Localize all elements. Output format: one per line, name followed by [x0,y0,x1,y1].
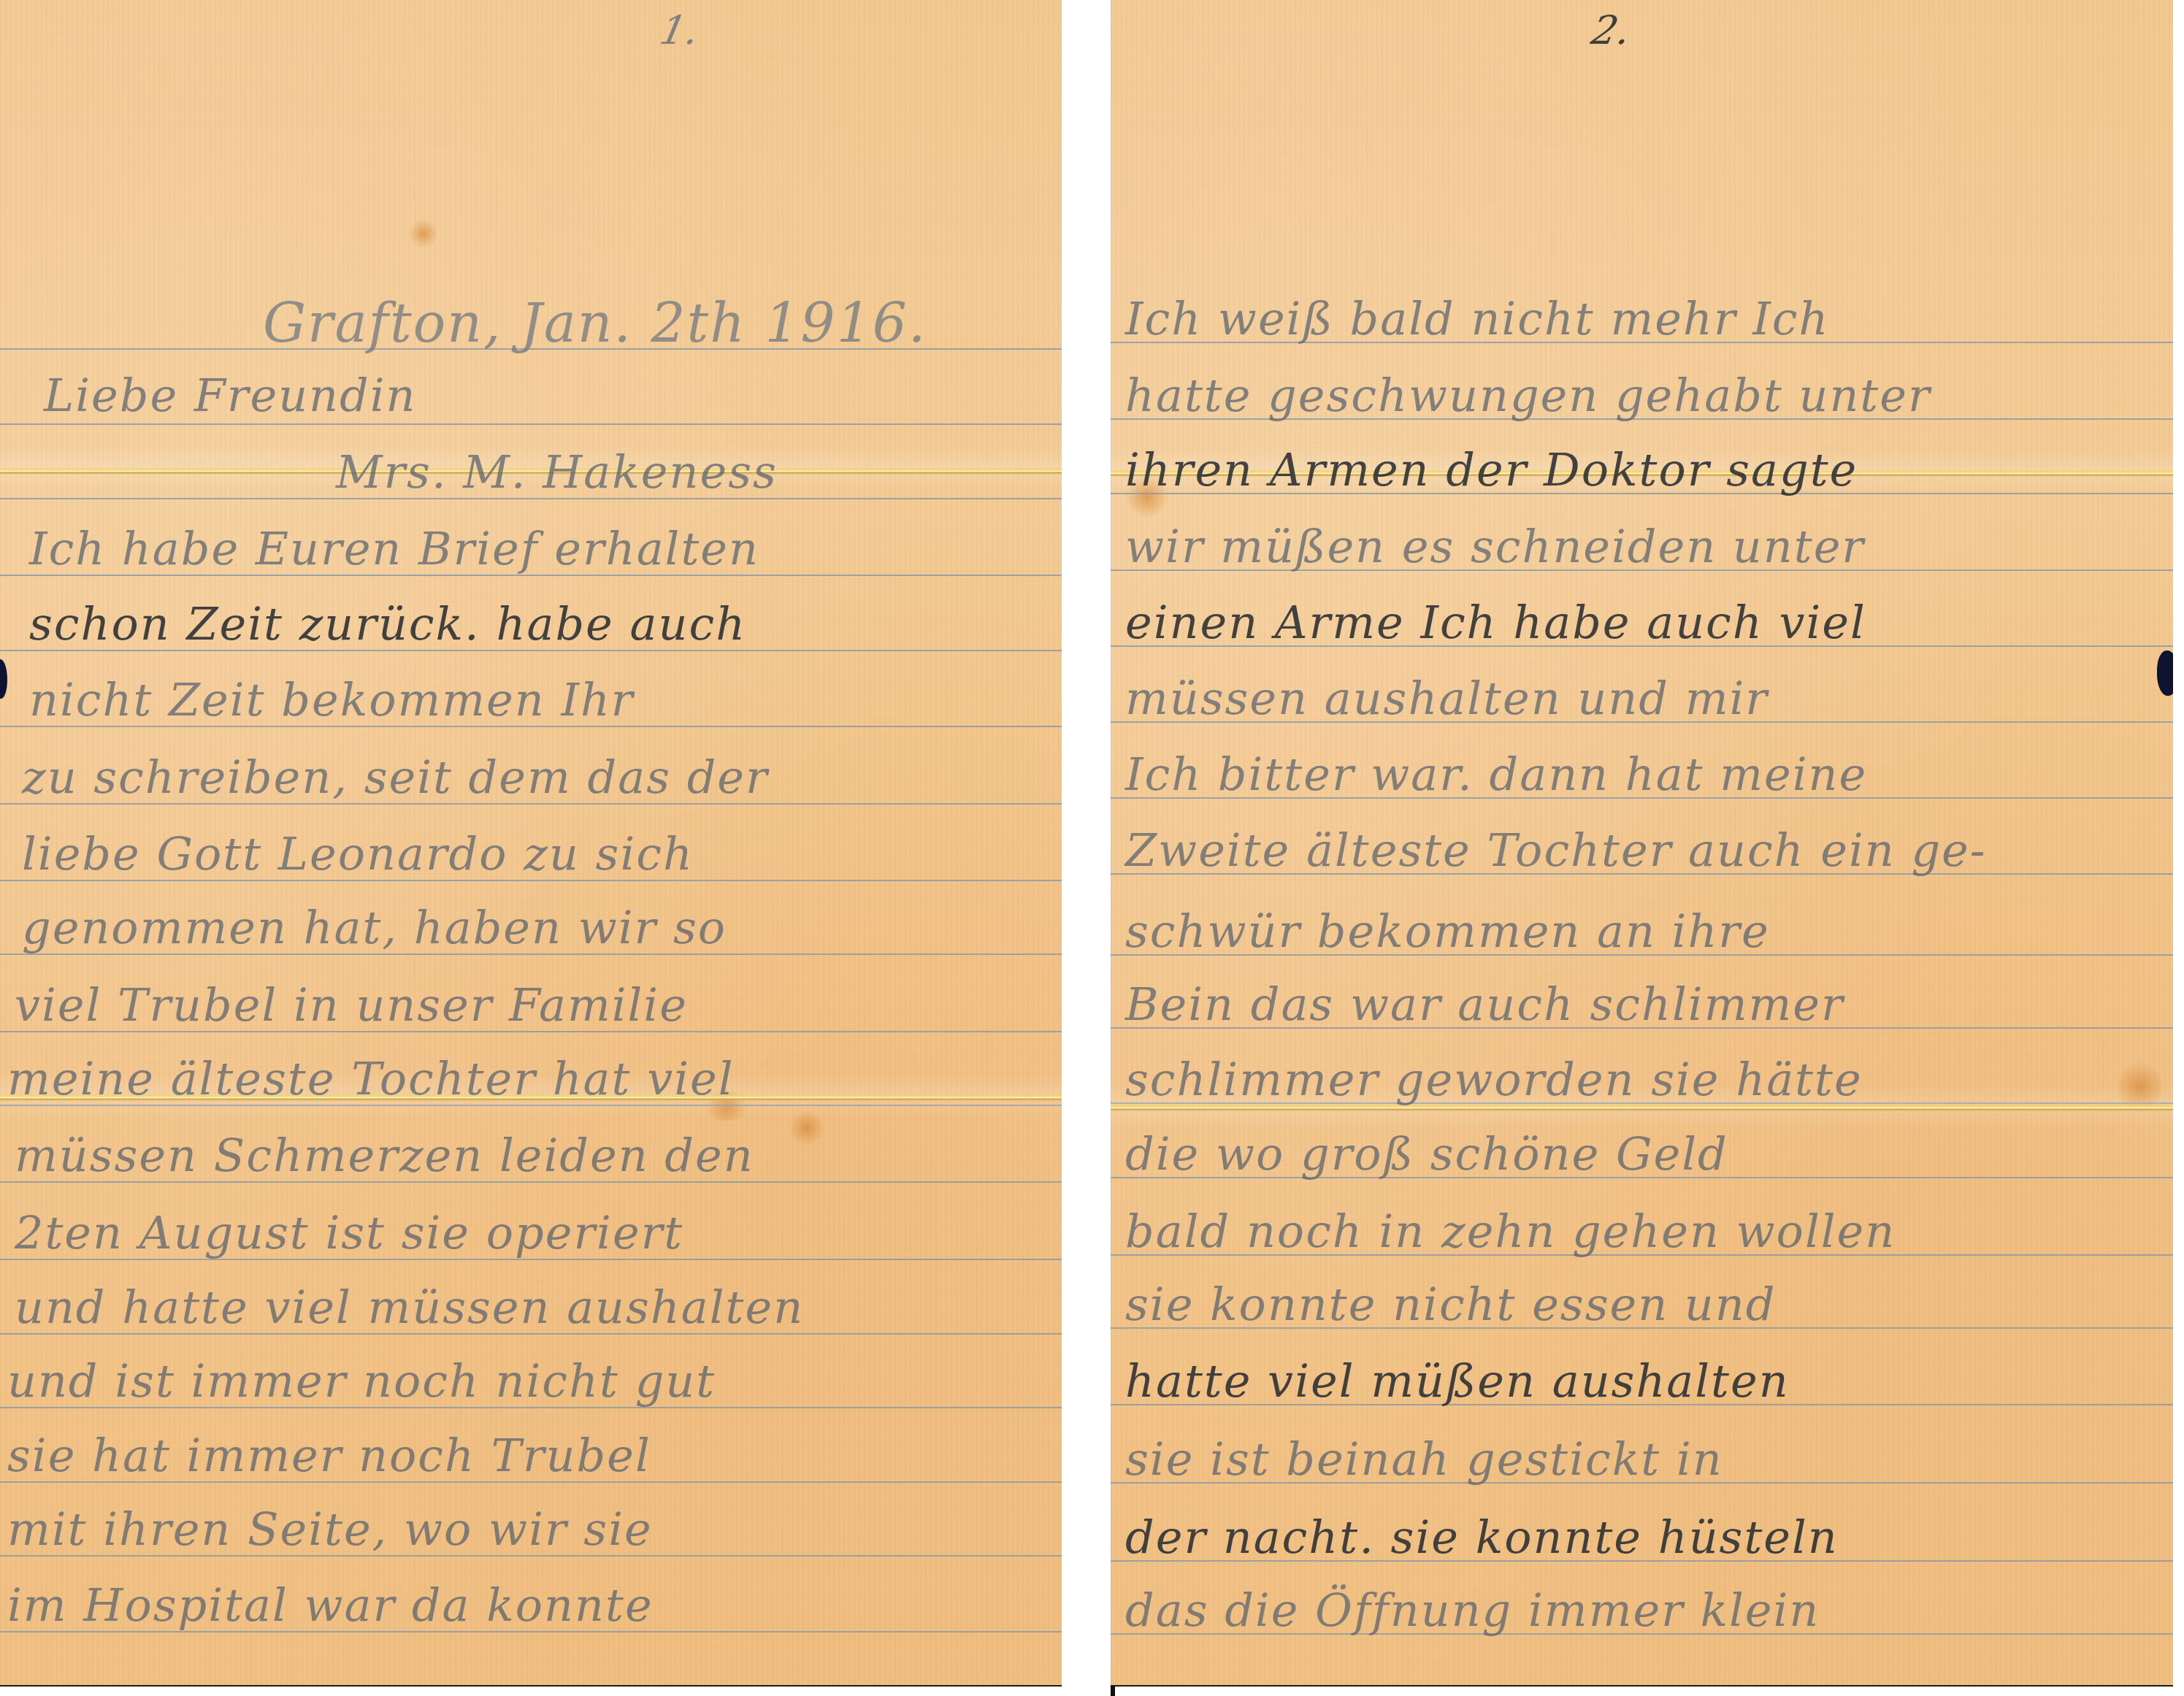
letter-page-2: 2. Ich weiß bald nicht mehr Ich hatte ge… [1111,0,2173,1685]
letter-line: nicht Zeit bekommen Ihr [29,673,635,726]
letter-line: im Hospital war da konnte [7,1578,654,1632]
page-number: 1. [656,7,703,53]
letter-line: 2ten August ist sie operiert [15,1206,683,1259]
letter-line: das die Öffnung immer klein [1125,1584,1820,1637]
letter-line: liebe Gott Leonardo zu sich [22,827,694,880]
letter-line: müssen aushalten und mir [1125,672,1769,725]
letter-salutation: Liebe Freundin [44,369,416,422]
letter-line: und ist immer noch nicht gut [7,1354,716,1408]
letter-line: hatte geschwungen gehabt unter [1125,369,1931,422]
letter-line: Bein das war auch schlimmer [1125,978,1844,1031]
letter-line: der nacht. sie konnte hüsteln [1125,1511,1839,1564]
letter-line: mit ihren Seite, wo wir sie [7,1503,653,1556]
letter-addressee: Mrs. M. Hakeness [336,445,778,499]
letter-line: schon Zeit zurück. habe auch [29,597,746,651]
letter-line: die wo groß schöne Geld [1125,1127,1728,1181]
letter-line: Ich weiß bald nicht mehr Ich [1125,292,1829,345]
letter-line: schwür bekommen an ihre [1125,905,1770,958]
scan-edge-mark [1111,1685,1115,1696]
letter-line: Ich bitter war. dann hat meine [1125,748,1867,801]
page-number: 2. [1587,7,1635,53]
letter-line: Zweite älteste Tochter auch ein ge- [1125,824,1987,877]
letter-page-1: 1. Grafton, Jan. 2th 1916. Liebe Freundi… [0,0,1062,1685]
letter-line: genommen hat, haben wir so [22,901,727,954]
letter-line: hatte viel müßen aushalten [1125,1354,1790,1408]
letter-date-heading: Grafton, Jan. 2th 1916. [263,292,927,355]
letter-line: viel Trubel in unser Familie [15,978,688,1032]
letter-line: bald noch in zehn gehen wollen [1125,1205,1896,1258]
ink-blot [2157,651,2173,696]
letter-line: wir müßen es schneiden unter [1125,520,1865,573]
letter-line: sie konnte nicht essen und [1125,1278,1776,1331]
letter-line: Ich habe Euren Brief erhalten [29,522,759,575]
letter-line: sie ist beinah gestickt in [1125,1432,1723,1486]
letter-line: schlimmer geworden sie hätte [1125,1053,1863,1106]
letter-line: zu schreiben, seit dem das der [22,751,769,804]
letter-line: sie hat immer noch Trubel [7,1429,651,1482]
age-stain [409,219,438,248]
ruled-line [0,423,1062,425]
letter-line: einen Arme Ich habe auch viel [1125,596,1866,649]
letter-line: ihren Armen der Doktor sagte [1125,443,1858,496]
letter-line: und hatte viel müssen aushalten [15,1281,804,1334]
letter-line: müssen Schmerzen leiden den [15,1129,754,1182]
letter-line: meine älteste Tochter hat viel [7,1052,735,1105]
